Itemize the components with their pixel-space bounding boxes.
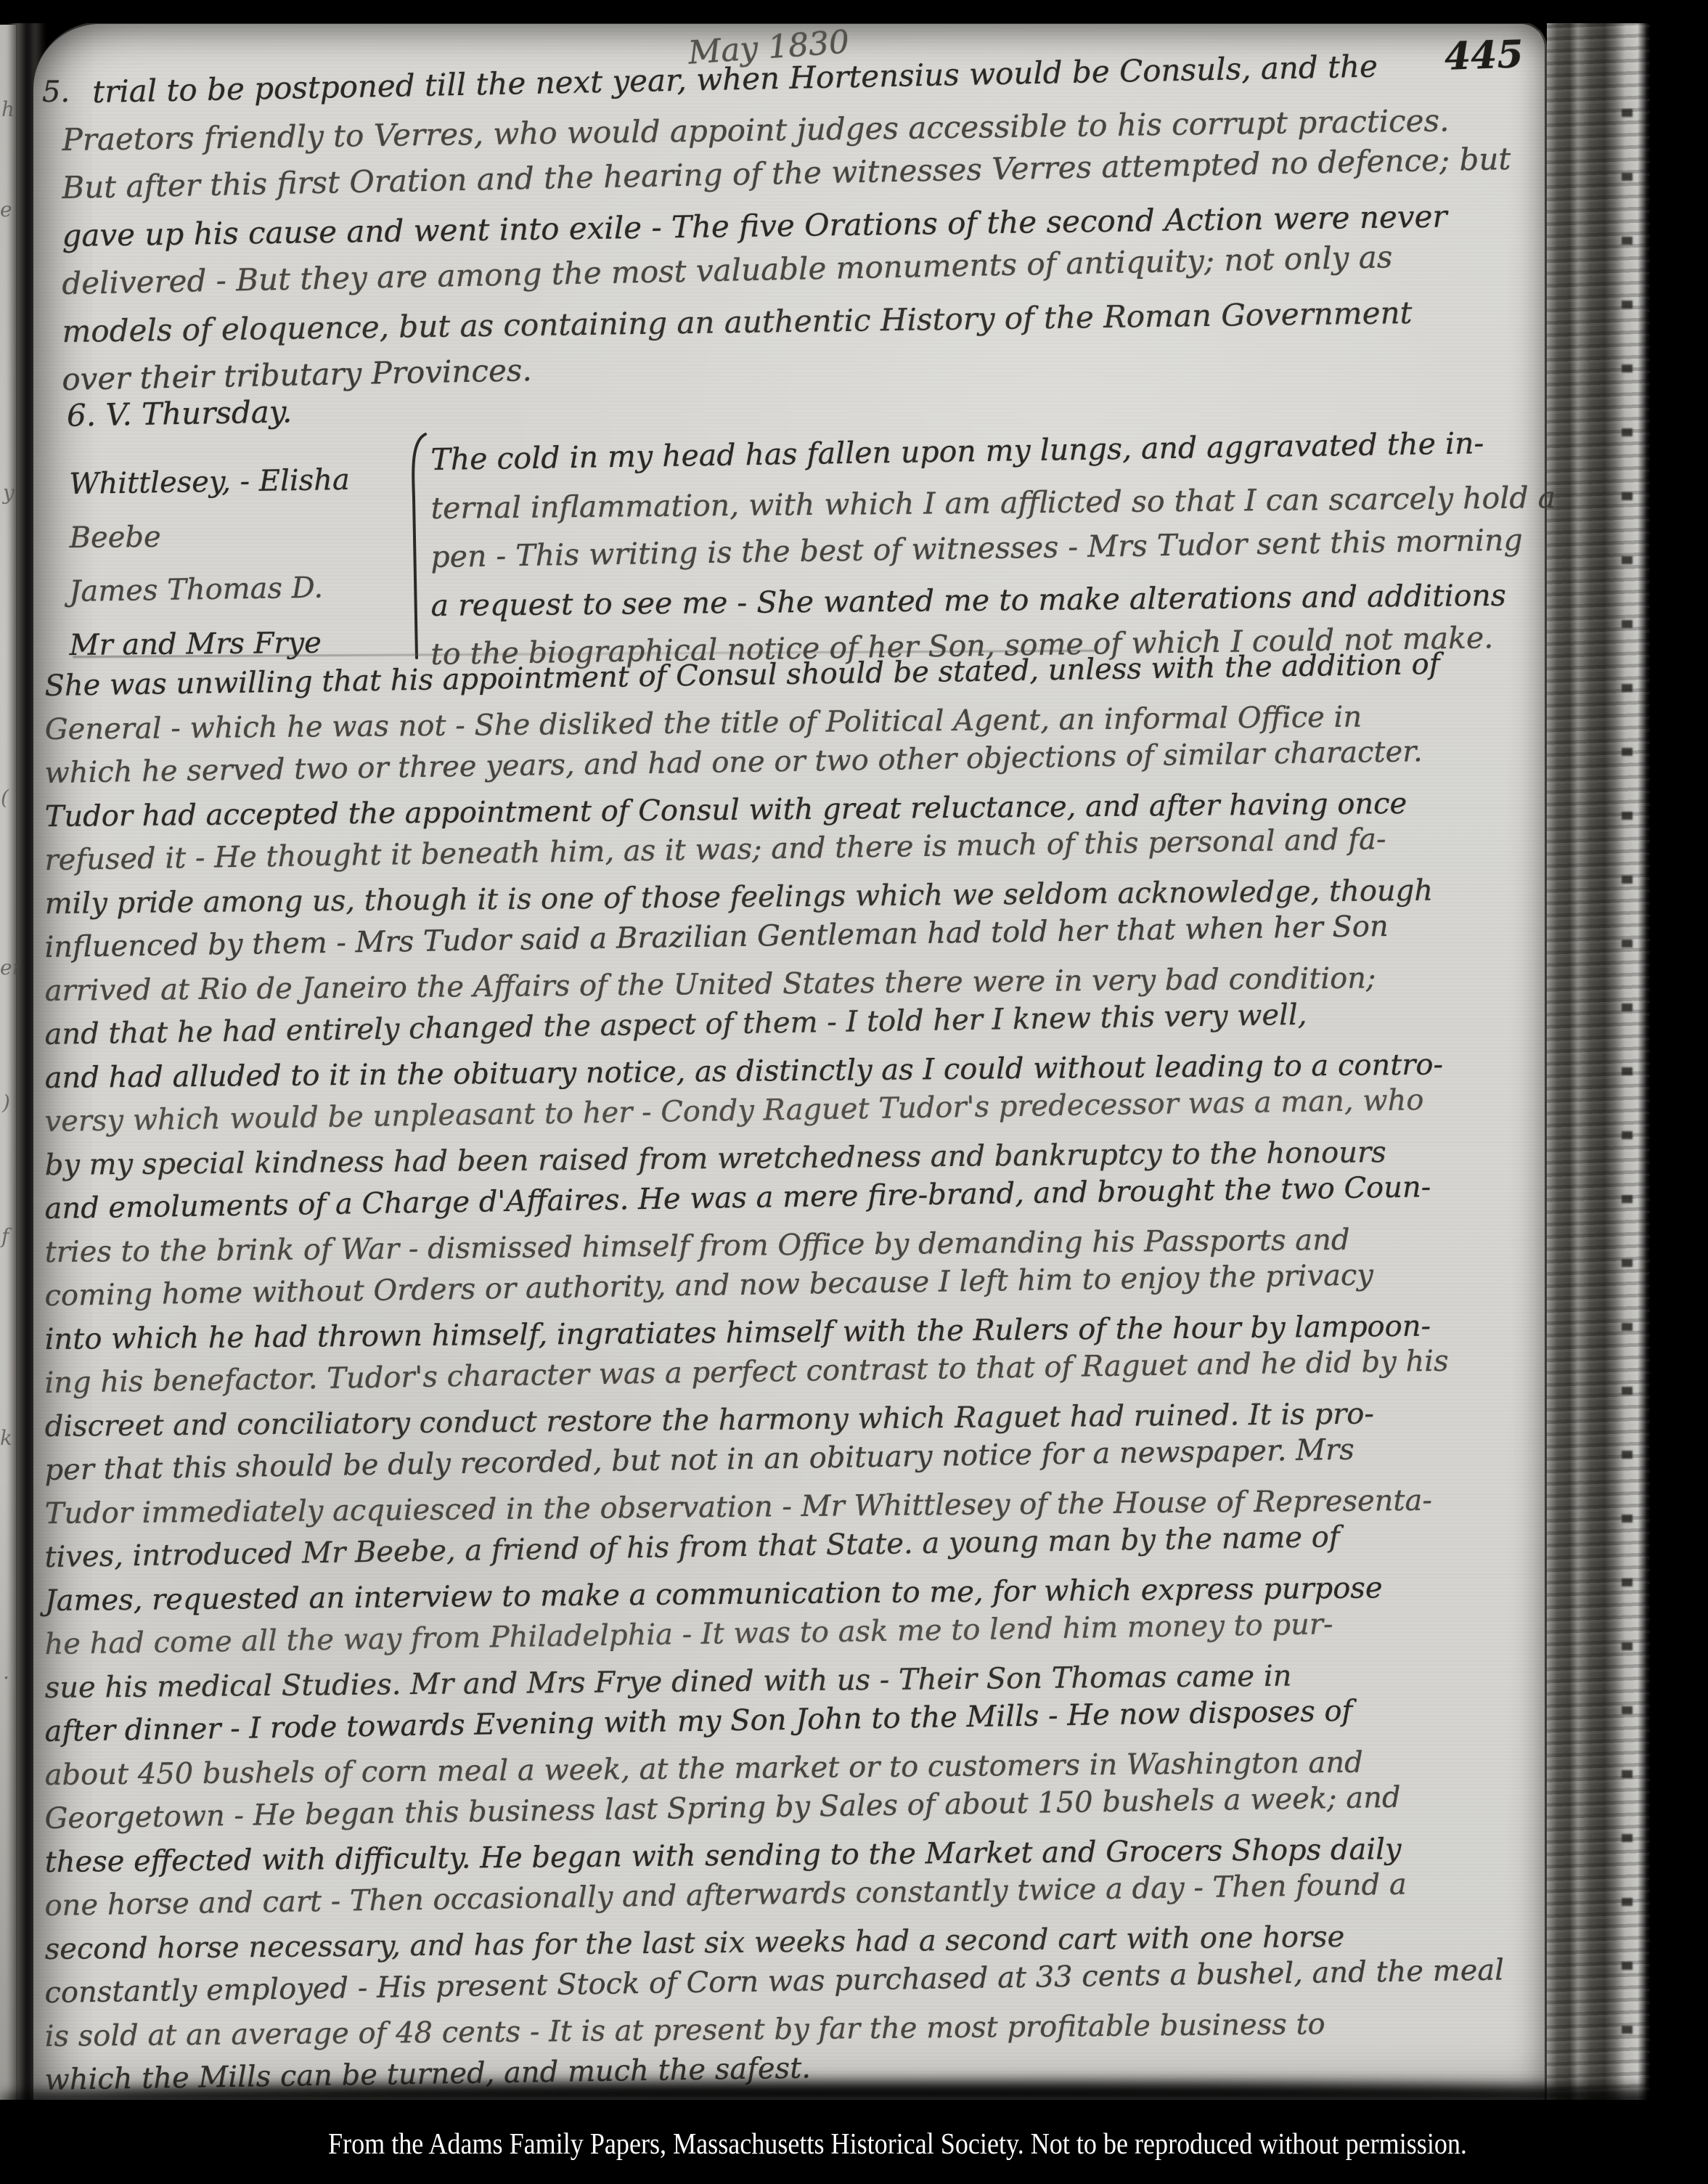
margin-name-line: James Thomas D. xyxy=(69,561,350,619)
top-black-band xyxy=(0,0,1708,23)
margin-brace-line xyxy=(404,431,428,662)
entry-may6-opening-text: The cold in my head has fallen upon my l… xyxy=(431,436,1556,679)
fore-edge-ink-ticks xyxy=(1622,109,1633,2055)
entry-may5-day-marker: 5. xyxy=(42,76,70,109)
book-fore-edge xyxy=(1547,0,1650,2184)
entry-may6-date-heading: 6. V. Thursday. xyxy=(67,394,293,433)
scanned-diary-page: hey(en)fk. May 1830 445 5. trial to be p… xyxy=(0,0,1708,2184)
margin-name-line: Beebe xyxy=(69,508,350,565)
entry-may6-body-text: She was unwilling that his appointment o… xyxy=(45,664,1505,2102)
archive-credit-caption: From the Adams Family Papers, Massachuse… xyxy=(184,2126,1611,2161)
margin-name-line: Whittlesey, - Elisha xyxy=(69,453,350,511)
entry-may6-margin-names: Whittlesey, - ElishaBeebeJames Thomas D.… xyxy=(70,457,350,672)
entry-may5-text: trial to be postponed till the next year… xyxy=(93,68,1511,404)
